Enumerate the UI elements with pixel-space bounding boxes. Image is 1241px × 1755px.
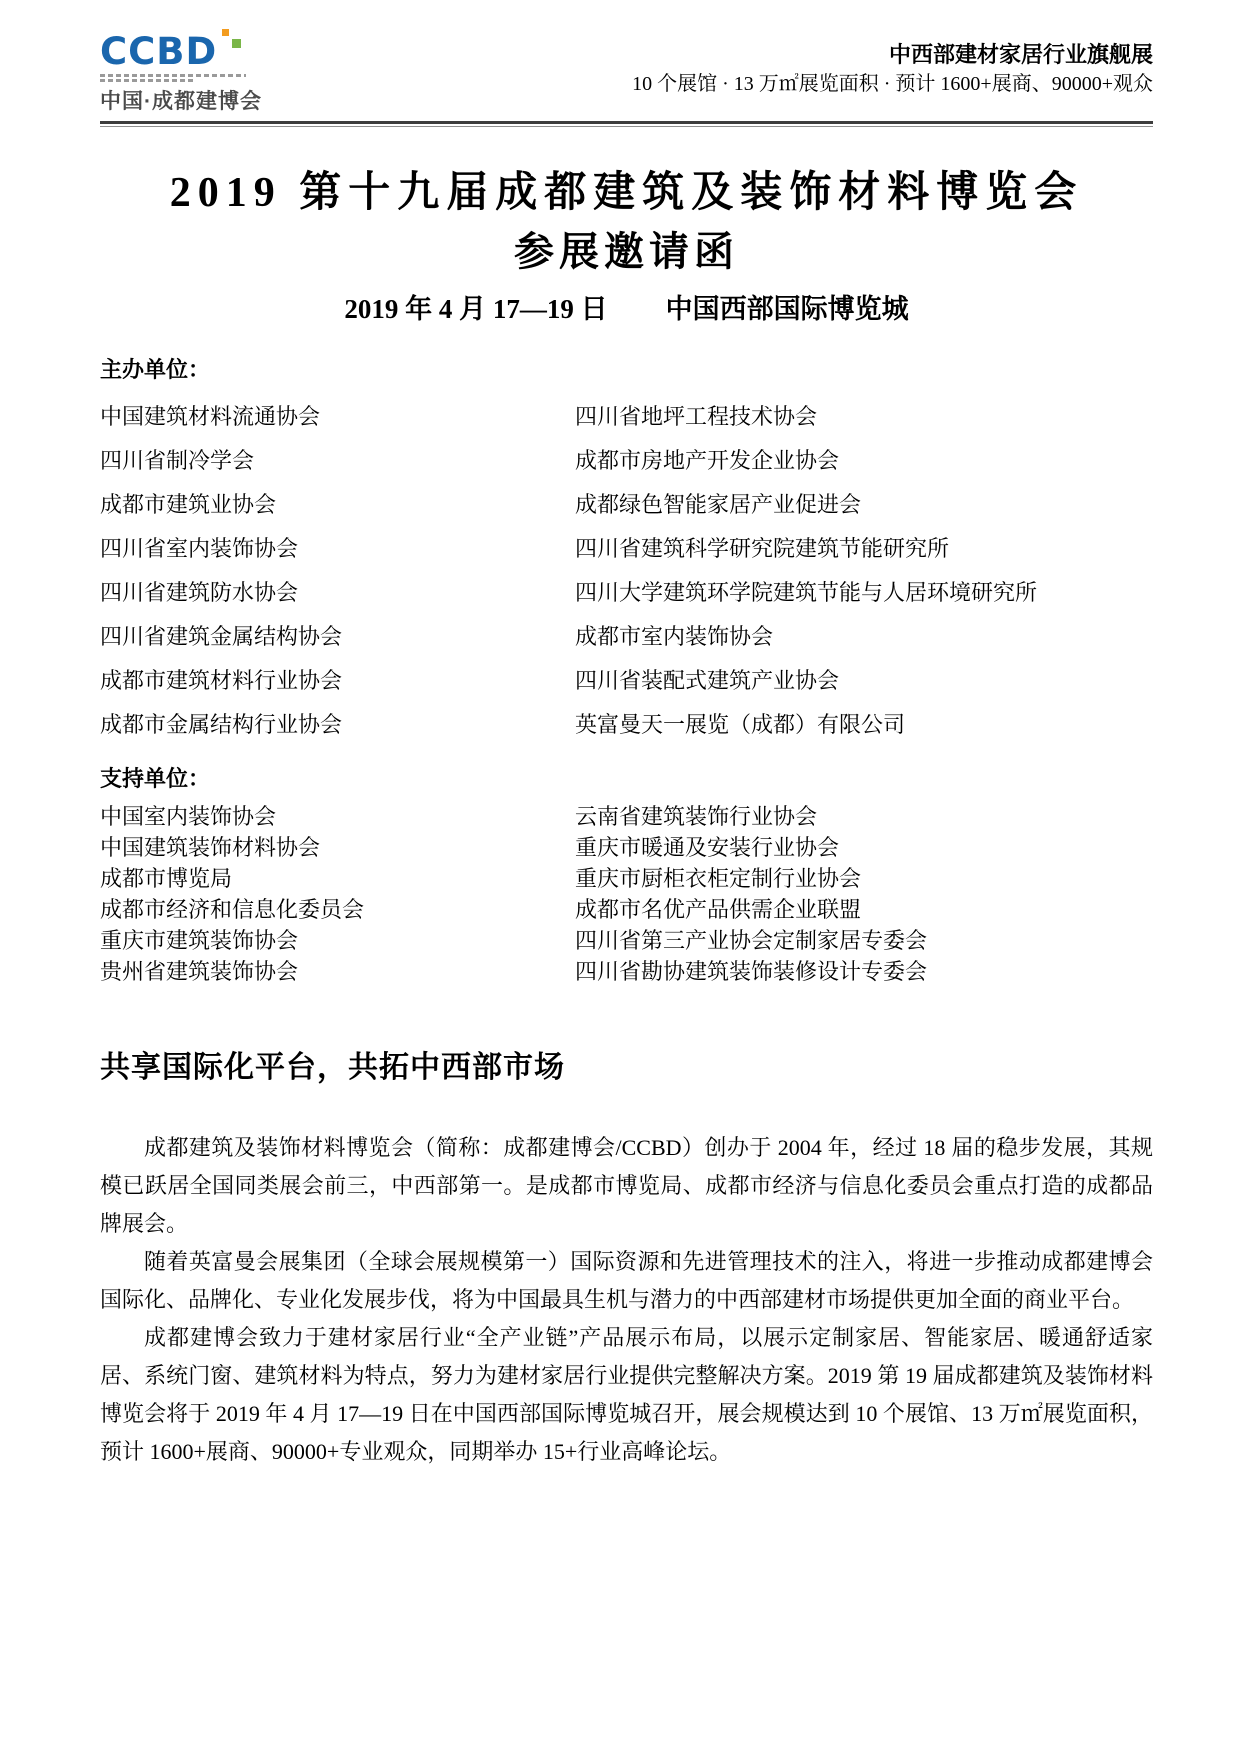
organizer-item: 成都市房地产开发企业协会 [575, 449, 1153, 472]
organizer-item: 四川省制冷学会 [100, 449, 575, 472]
organizers-label: 主办单位： [100, 357, 1153, 383]
organizer-item: 四川大学建筑环学院建筑节能与人居环境研究所 [575, 581, 1153, 604]
supporter-item: 重庆市建筑装饰协会 [100, 930, 575, 952]
organizer-item: 英富曼天一展览（成都）有限公司 [575, 713, 1153, 736]
document-title: 2019 第十九届成都建筑及装饰材料博览会 [100, 167, 1153, 219]
event-date: 2019 年 4 月 17—19 日 [344, 294, 607, 324]
ccbd-logo-text: CCBD [100, 30, 217, 73]
organizer-item: 四川省建筑防水协会 [100, 581, 575, 604]
document-page: CCBD 中国·成都建博会 中西部建材家居行业旗舰展 10 个展馆 · 13 万… [0, 0, 1241, 1755]
logo-microtext-line [100, 74, 246, 77]
header-right: 中西部建材家居行业旗舰展 10 个展馆 · 13 万㎡展览面积 · 预计 160… [632, 33, 1153, 97]
organizer-item: 中国建筑材料流通协会 [100, 405, 575, 428]
supporters-label: 支持单位： [100, 766, 1153, 792]
organizer-item: 成都市建筑业协会 [100, 493, 575, 516]
header-divider [100, 121, 1153, 127]
logo-microtext-line [100, 79, 196, 82]
body-paragraph: 成都建博会致力于建材家居行业“全产业链”产品展示布局，以展示定制家居、智能家居、… [100, 1319, 1153, 1471]
supporter-item: 重庆市厨柜衣柜定制行业协会 [575, 868, 1153, 890]
ccbd-logo: CCBD 中国·成都建博会 [100, 33, 320, 115]
supporter-item: 四川省勘协建筑装饰装修设计专委会 [575, 961, 1153, 983]
logo-chinese-name: 中国·成都建博会 [100, 85, 320, 115]
supporter-item: 云南省建筑装饰行业协会 [575, 806, 1153, 828]
supporter-item: 成都市经济和信息化委员会 [100, 899, 575, 921]
organizers-list: 中国建筑材料流通协会 四川省地坪工程技术协会 四川省制冷学会 成都市房地产开发企… [100, 405, 1153, 736]
supporters-list: 中国室内装饰协会 云南省建筑装饰行业协会 中国建筑装饰材料协会 重庆市暖通及安装… [100, 806, 1153, 983]
organizer-item: 四川省装配式建筑产业协会 [575, 669, 1153, 692]
ccbd-logo-wordmark: CCBD [100, 33, 217, 70]
supporter-item: 重庆市暖通及安装行业协会 [575, 837, 1153, 859]
body-paragraph: 成都建筑及装饰材料博览会（简称：成都建博会/CCBD）创办于 2004 年，经过… [100, 1129, 1153, 1243]
logo-microtext [100, 74, 246, 82]
organizer-item: 成都市金属结构行业协会 [100, 713, 575, 736]
document-subtitle: 参展邀请函 [100, 227, 1153, 277]
organizer-item: 成都市室内装饰协会 [575, 625, 1153, 648]
body-paragraph: 随着英富曼会展集团（全球会展规模第一）国际资源和先进管理技术的注入，将进一步推动… [100, 1243, 1153, 1319]
header-stats: 10 个展馆 · 13 万㎡展览面积 · 预计 1600+展商、90000+观众 [632, 71, 1153, 97]
section-heading: 共享国际化平台，共拓中西部市场 [100, 1049, 1153, 1087]
logo-green-square-icon [232, 39, 241, 48]
organizer-item: 成都市建筑材料行业协会 [100, 669, 575, 692]
supporter-item: 四川省第三产业协会定制家居专委会 [575, 930, 1153, 952]
supporter-item: 中国建筑装饰材料协会 [100, 837, 575, 859]
logo-orange-square-icon [222, 29, 229, 36]
organizer-item: 四川省地坪工程技术协会 [575, 405, 1153, 428]
organizer-item: 四川省建筑金属结构协会 [100, 625, 575, 648]
supporter-item: 贵州省建筑装饰协会 [100, 961, 575, 983]
page-header: CCBD 中国·成都建博会 中西部建材家居行业旗舰展 10 个展馆 · 13 万… [100, 33, 1153, 115]
event-venue: 中国西部国际博览城 [666, 294, 909, 324]
supporter-item: 中国室内装饰协会 [100, 806, 575, 828]
organizer-item: 四川省室内装饰协会 [100, 537, 575, 560]
supporter-item: 成都市名优产品供需企业联盟 [575, 899, 1153, 921]
header-tagline: 中西部建材家居行业旗舰展 [632, 41, 1153, 69]
organizer-item: 成都绿色智能家居产业促进会 [575, 493, 1153, 516]
organizer-item: 四川省建筑科学研究院建筑节能研究所 [575, 537, 1153, 560]
supporter-item: 成都市博览局 [100, 868, 575, 890]
event-date-venue: 2019 年 4 月 17—19 日中国西部国际博览城 [100, 291, 1153, 327]
